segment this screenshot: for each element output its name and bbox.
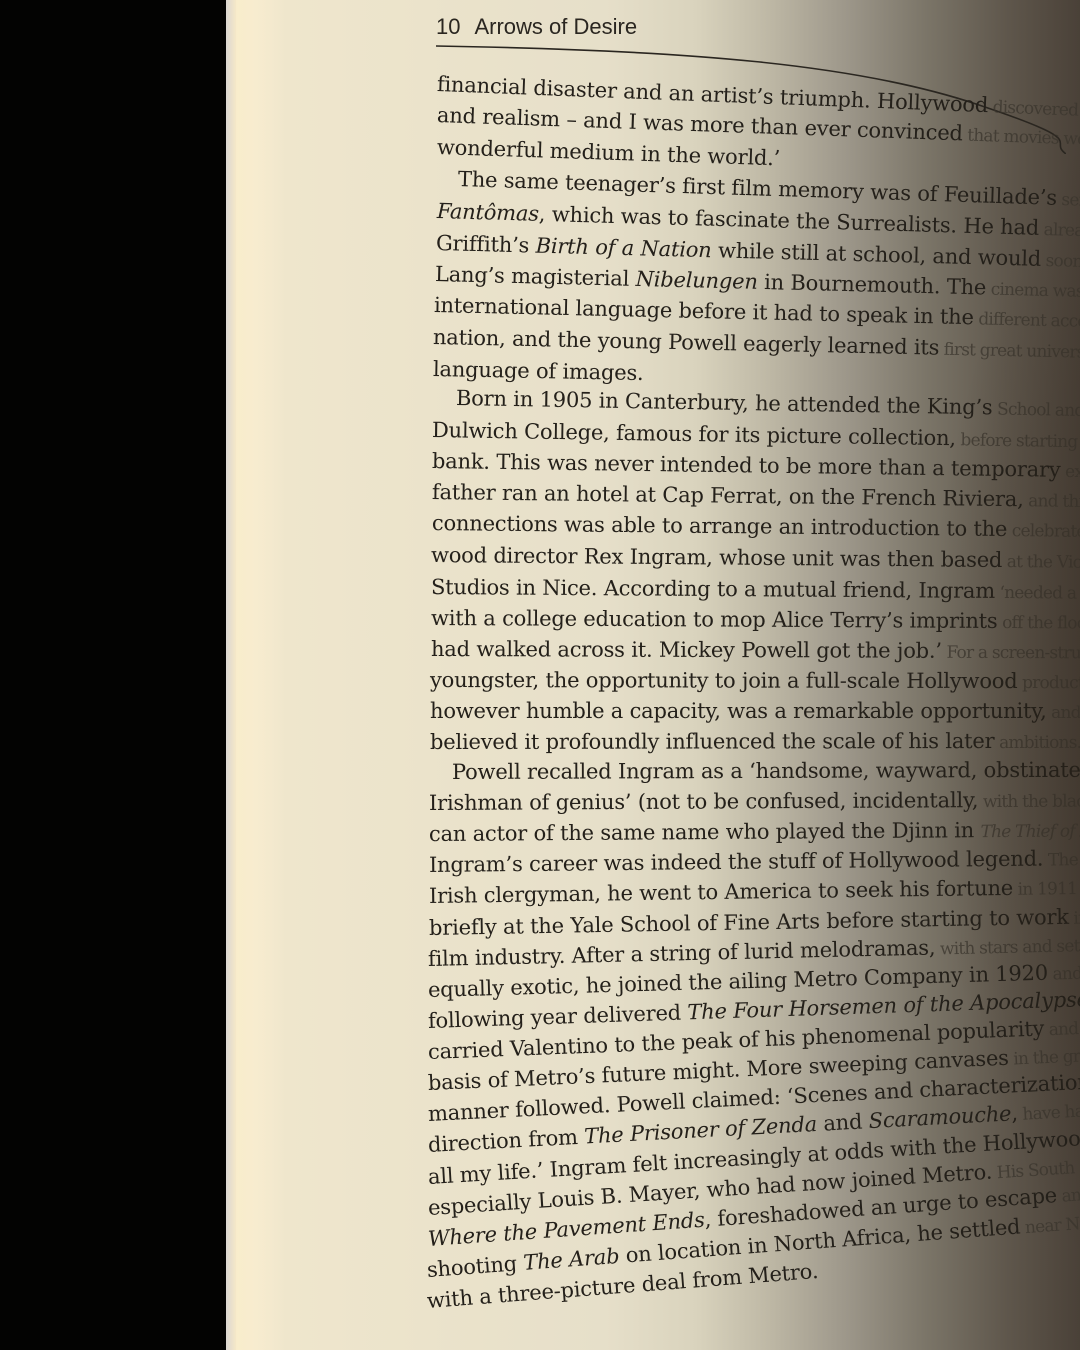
faded-line-end: with the black Ameri- <box>978 791 1080 812</box>
faded-line-end: with stars and settings <box>935 935 1080 959</box>
text-line: Dulwich College, famous for its picture … <box>432 418 1080 453</box>
faded-line-end: before starting work at a <box>956 430 1080 453</box>
faded-line-end: cinema was a truly <box>986 279 1080 303</box>
faded-line-end: at the Victorine <box>1002 552 1080 573</box>
text-line: father ran an hotel at Cap Ferrat, on th… <box>432 480 1080 513</box>
faded-line-end: off the floor after she <box>997 613 1080 634</box>
faded-line-end: ambitions. <box>994 733 1080 753</box>
body-text: financial disaster and an artist’s trium… <box>0 0 1080 1350</box>
faded-line-end: in the grandiloquent <box>1008 1042 1080 1069</box>
faded-line-end: first great universal <box>939 340 1080 363</box>
text-line: nation, and the young Powell eagerly lea… <box>433 325 1080 363</box>
faded-line-end: School and later <box>992 399 1080 421</box>
text-line: Born in 1905 in Canterbury, he attended … <box>456 386 1080 422</box>
faded-line-end: in the emergent <box>1069 907 1080 929</box>
faded-line-end: and through local <box>1023 491 1080 513</box>
faded-line-end: and in the <box>1048 962 1080 984</box>
text-line: Ingram’s career was indeed the stuff of … <box>429 845 1080 877</box>
text-line: youngster, the opportunity to join a ful… <box>430 668 1080 693</box>
text-line: with a college education to mop Alice Te… <box>431 606 1080 634</box>
faded-line-end: His South Sea idyll, <box>992 1153 1080 1183</box>
faded-line-end: discovered tragedy <box>988 97 1080 123</box>
faded-line-end: in 1911 and studied <box>1013 878 1080 900</box>
text-line: connections was able to arrange an intro… <box>432 511 1080 542</box>
faded-line-end: The Thief of Bagdad). <box>981 821 1080 842</box>
faded-line-end: celebrated Holly- <box>1007 521 1080 542</box>
text-line: Irish clergyman, he went to America to s… <box>429 874 1080 908</box>
faded-line-end: already seen D. W. <box>1039 220 1080 244</box>
text-line: had walked across it. Mickey Powell got … <box>431 637 1080 663</box>
text-line: Powell recalled Ingram as a ‘handsome, w… <box>452 757 1080 784</box>
faded-line-end: that movies were the most <box>962 125 1080 152</box>
faded-line-end: and, after <box>1056 1181 1080 1207</box>
text-line: Studios in Nice. According to a mutual f… <box>431 575 1080 604</box>
faded-line-end: The son of an <box>1043 849 1080 870</box>
text-line: language of images. <box>433 357 644 385</box>
text-line: wonderful medium in the world.’ <box>437 135 781 170</box>
text-line: however humble a capacity, was a remarka… <box>430 699 1080 723</box>
text-line: believed it profoundly influenced the sc… <box>430 729 1080 754</box>
faded-line-end: different accents of every <box>973 309 1080 334</box>
faded-line-end: For a screen-struck <box>942 643 1080 664</box>
faded-line-end: have haunted me <box>1017 1097 1080 1125</box>
faded-line-end: soon marvel at <box>1041 251 1080 274</box>
faded-line-end: sensational serial <box>1057 190 1080 214</box>
text-line: wood director Rex Ingram, whose unit was… <box>431 543 1080 573</box>
faded-line-end: expedient. His <box>1060 462 1080 484</box>
text-line: bank. This was never intended to be more… <box>432 449 1080 483</box>
faded-line-end: and Powell <box>1047 703 1080 723</box>
text-line: can actor of the same name who played th… <box>429 817 1080 846</box>
faded-line-end: production, in <box>1017 673 1080 693</box>
faded-line-end: ‘needed a young man <box>995 583 1080 604</box>
faded-line-end: and laid the <box>1044 1017 1080 1041</box>
faded-line-end: near Nice in 1924 <box>1020 1208 1080 1239</box>
text-line: Irishman of genius’ (not to be confused,… <box>429 787 1080 815</box>
